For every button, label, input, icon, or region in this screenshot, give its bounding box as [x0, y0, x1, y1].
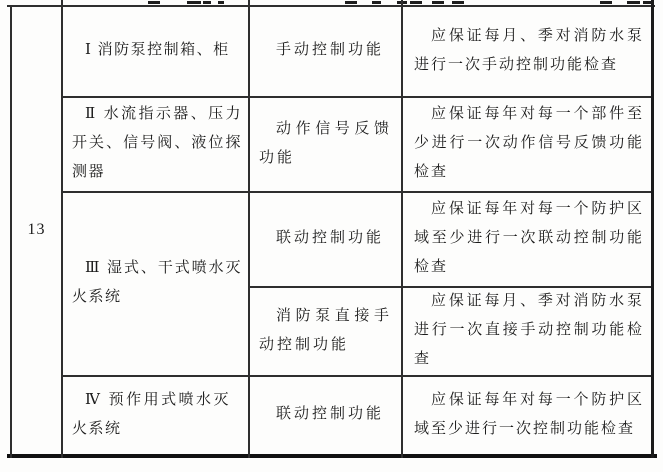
device-name: Ⅰ 消防泵控制箱、柜 [72, 36, 242, 65]
requirement-text: 应保证每月、季对消防水泵进行一次直接手动控制功能检查 [414, 287, 644, 374]
function-name: 手动控制功能 [259, 36, 392, 65]
cutoff-row-fragment [627, 1, 640, 4]
device-cell-3: Ⅲ 湿式、干式喷水灭火系统 [63, 191, 249, 375]
function-name: 动作信号反馈功能 [259, 115, 392, 173]
function-cell-4: 消防泵直接手动控制功能 [251, 286, 401, 375]
function-cell-3: 联动控制功能 [251, 191, 401, 286]
function-cell-5: 联动控制功能 [251, 375, 401, 454]
requirement-cell-3: 应保证每年对每一个防护区域至少进行一次联动控制功能检查 [403, 191, 651, 286]
device-cell-2: Ⅱ 水流指示器、压力开关、信号阀、液位探测器 [63, 96, 249, 191]
cutoff-row-fragment [203, 1, 211, 4]
cutoff-row-fragment [432, 1, 444, 4]
row-number: 13 [28, 215, 46, 244]
requirement-text: 应保证每年对每一个部件至少进行一次动作信号反馈功能检查 [414, 100, 644, 187]
requirement-cell-2: 应保证每年对每一个部件至少进行一次动作信号反馈功能检查 [403, 96, 651, 191]
device-cell-1: Ⅰ 消防泵控制箱、柜 [63, 5, 249, 96]
requirement-cell-4: 应保证每月、季对消防水泵进行一次直接手动控制功能检查 [403, 286, 651, 375]
function-name: 消防泵直接手动控制功能 [259, 302, 392, 360]
cutoff-row-fragment [148, 1, 160, 4]
cutoff-row-fragment [187, 1, 201, 4]
requirement-text: 应保证每年对每一个防护区域至少进行一次控制功能检查 [414, 386, 644, 444]
requirement-text: 应保证每月、季对消防水泵进行一次手动控制功能检查 [414, 22, 644, 80]
function-name: 联动控制功能 [259, 224, 392, 253]
cutoff-row-fragment [643, 1, 651, 4]
function-cell-2: 动作信号反馈功能 [251, 96, 401, 191]
table-right-border [651, 0, 654, 458]
device-name: Ⅳ 预作用式喷水灭火系统 [72, 386, 230, 444]
table-bottom-border [7, 454, 657, 458]
cutoff-row-fragment [218, 1, 224, 4]
scanned-document-page: 13 Ⅰ 消防泵控制箱、柜 Ⅱ 水流指示器、压力开关、信号阀、液位探测器 Ⅲ 湿… [0, 0, 663, 472]
device-name: Ⅲ 湿式、干式喷水灭火系统 [72, 254, 242, 312]
requirement-text: 应保证每年对每一个防护区域至少进行一次联动控制功能检查 [414, 195, 644, 282]
cutoff-row-fragment [372, 1, 381, 4]
device-name: Ⅱ 水流指示器、压力开关、信号阀、液位探测器 [72, 100, 242, 187]
function-name: 联动控制功能 [259, 400, 392, 429]
cutoff-row-fragment [452, 1, 464, 4]
requirement-cell-5: 应保证每年对每一个防护区域至少进行一次控制功能检查 [403, 375, 651, 454]
function-cell-1: 手动控制功能 [251, 5, 401, 96]
cutoff-row-fragment [410, 1, 422, 4]
device-cell-4: Ⅳ 预作用式喷水灭火系统 [63, 375, 249, 454]
requirement-cell-1: 应保证每月、季对消防水泵进行一次手动控制功能检查 [403, 5, 651, 96]
cutoff-row-fragment [345, 1, 357, 4]
cutoff-row-fragment [600, 1, 612, 4]
row-number-cell: 13 [12, 5, 61, 454]
